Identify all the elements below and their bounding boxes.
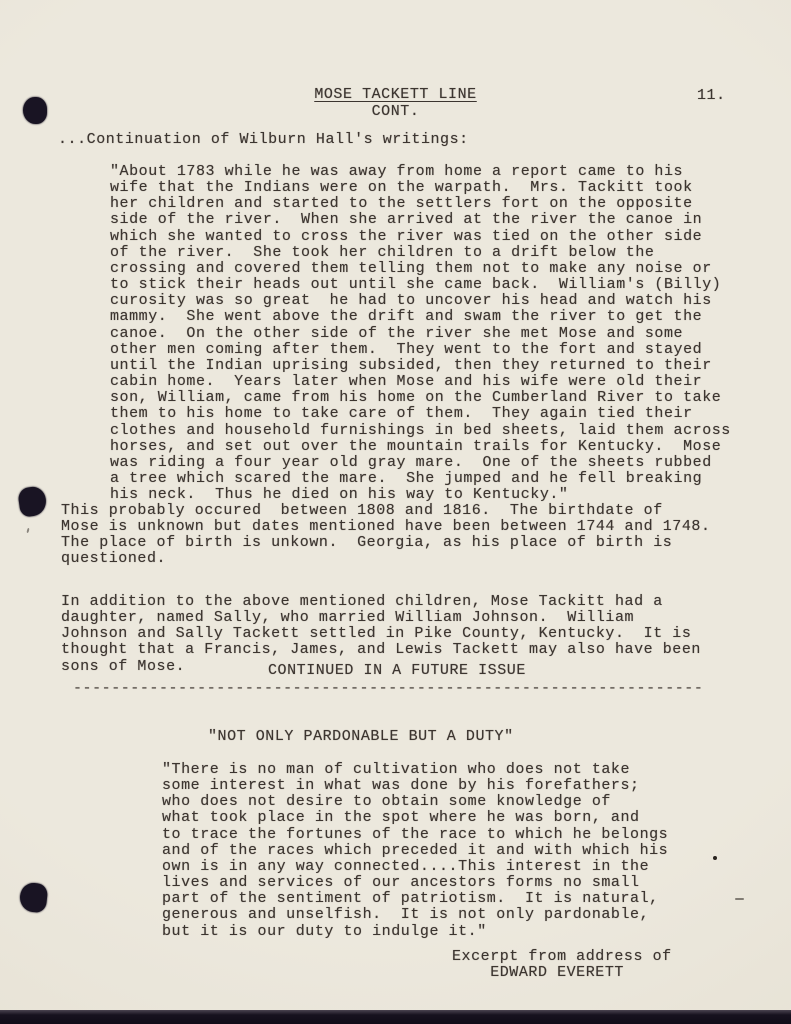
ink-speck-dash xyxy=(735,898,744,900)
page-title: MOSE TACKETT LINE xyxy=(0,87,791,103)
ink-speck-dot xyxy=(713,856,717,860)
section2-title: "NOT ONLY PARDONABLE BUT A DUTY" xyxy=(208,729,514,745)
wilburn-hall-quote: "About 1783 while he was away from home … xyxy=(110,164,731,503)
paragraph-birthdate: This probably occured between 1808 and 1… xyxy=(61,503,711,568)
attribution: Excerpt from address of EDWARD EVERETT xyxy=(452,949,672,981)
everett-quote: "There is no man of cultivation who does… xyxy=(162,762,668,940)
punch-hole-bottom xyxy=(19,882,49,914)
scanned-document-page: MOSE TACKETT LINE 11. CONT. ...Continuat… xyxy=(0,0,791,1024)
scan-edge-bar xyxy=(0,1010,791,1024)
dashed-separator: ----------------------------------------… xyxy=(73,681,703,697)
punch-hole-middle xyxy=(17,485,48,517)
ink-speck-tick xyxy=(26,528,29,533)
page-subtitle: CONT. xyxy=(0,104,791,120)
intro-line: ...Continuation of Wilburn Hall's writin… xyxy=(58,132,469,148)
continued-notice: CONTINUED IN A FUTURE ISSUE xyxy=(268,663,526,679)
page-number: 11. xyxy=(697,88,726,104)
